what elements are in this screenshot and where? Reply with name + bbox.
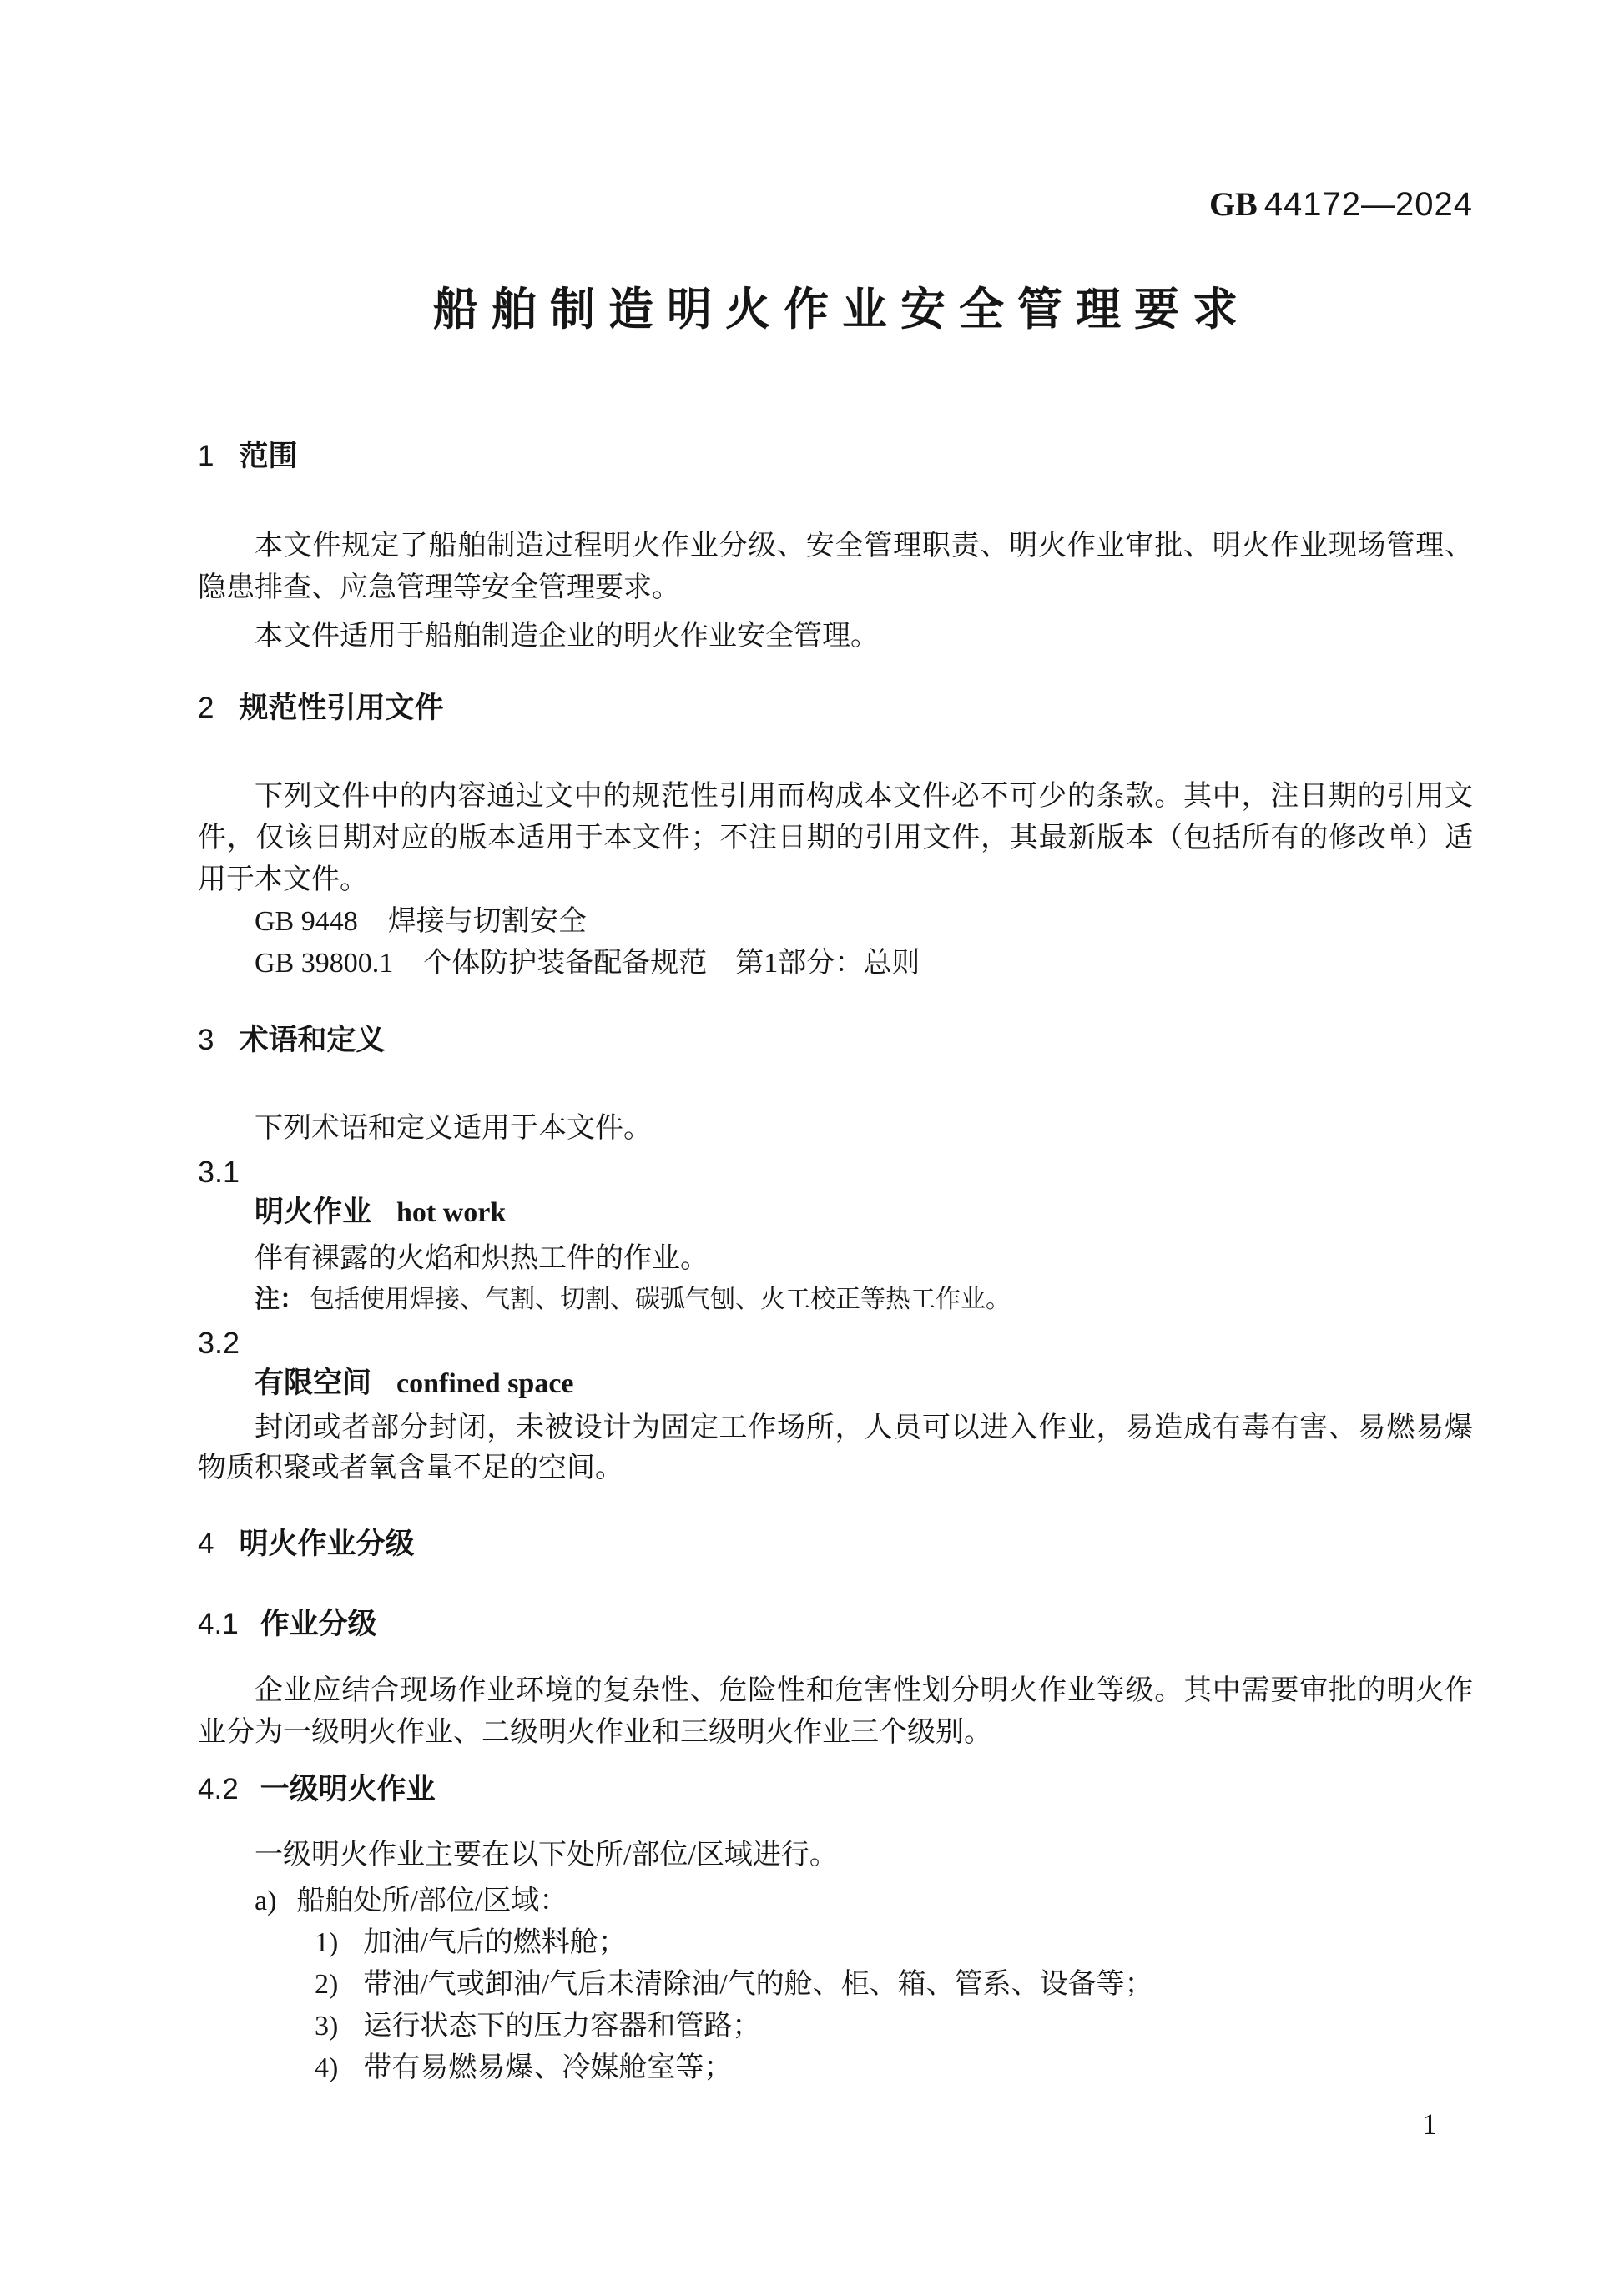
section-4-1-number: 4.1 bbox=[198, 1607, 239, 1642]
section-4-2-heading: 4.2一级明火作业 bbox=[198, 1772, 1473, 1807]
term-3-1-english: hot work bbox=[396, 1197, 506, 1228]
term-3-2-number: 3.2 bbox=[198, 1324, 1473, 1362]
section-1-number: 1 bbox=[198, 439, 214, 474]
term-3-2-name: 有限空间 bbox=[255, 1367, 371, 1399]
reference-1-code: GB 9448 bbox=[255, 906, 358, 937]
section-4-heading: 4明火作业分级 bbox=[198, 1527, 1473, 1562]
list-item-a2: 2)带油/气或卸油/气后未清除油/气的舱、柜、箱、管系、设备等； bbox=[198, 1964, 1473, 2006]
section-4-2-number: 4.2 bbox=[198, 1772, 239, 1807]
list-item-a3: 3)运行状态下的压力容器和管路； bbox=[198, 2006, 1473, 2047]
standard-code: GB44172—2024 bbox=[198, 188, 1473, 221]
section-4-number: 4 bbox=[198, 1527, 214, 1562]
list-item-a1-label: 1) bbox=[315, 1927, 338, 1958]
section-2-title: 规范性引用文件 bbox=[239, 692, 443, 724]
reference-2-code: GB 39800.1 bbox=[255, 948, 393, 979]
term-3-2-english: confined space bbox=[396, 1368, 574, 1399]
section-1-title: 范围 bbox=[239, 440, 297, 472]
list-item-a3-text: 运行状态下的压力容器和管路； bbox=[363, 2011, 760, 2042]
list-item-a1: 1)加油/气后的燃料舱； bbox=[198, 1922, 1473, 1964]
page-content: GB44172—2024 船舶制造明火作业安全管理要求 1范围 本文件规定了船舶… bbox=[198, 0, 1473, 2089]
list-item-a1-text: 加油/气后的燃料舱； bbox=[363, 1927, 626, 1958]
term-3-2-definition: 封闭或者部分封闭，未被设计为固定工作场所，人员可以进入作业，易造成有毒有害、易燃… bbox=[198, 1408, 1473, 1488]
term-3-1-note: 注：包括使用焊接、气割、切割、碳弧气刨、火工校正等热工作业。 bbox=[198, 1281, 1473, 1319]
note-label: 注： bbox=[255, 1286, 305, 1313]
section-3-intro: 下列术语和定义适用于本文件。 bbox=[198, 1108, 1473, 1150]
list-item-a4: 4)带有易燃易爆、冷媒舱室等； bbox=[198, 2047, 1473, 2089]
section-1-paragraph-1: 本文件规定了船舶制造过程明火作业分级、安全管理职责、明火作业审批、明火作业现场管… bbox=[198, 526, 1473, 609]
section-4-1-paragraph: 企业应结合现场作业环境的复杂性、危险性和危害性划分明火作业等级。其中需要审批的明… bbox=[198, 1670, 1473, 1754]
term-3-1-number: 3.1 bbox=[198, 1153, 1473, 1191]
section-2-heading: 2规范性引用文件 bbox=[198, 691, 1473, 726]
section-1-paragraph-2: 本文件适用于船舶制造企业的明火作业安全管理。 bbox=[198, 616, 1473, 657]
section-3-title: 术语和定义 bbox=[239, 1024, 385, 1056]
section-2-number: 2 bbox=[198, 691, 214, 726]
term-3-1-line: 明火作业hot work bbox=[198, 1193, 1473, 1237]
term-3-1-name: 明火作业 bbox=[255, 1196, 371, 1228]
standard-code-number: 44172—2024 bbox=[1264, 186, 1473, 223]
list-item-a: a)船舶处所/部位/区域： bbox=[198, 1881, 1473, 1922]
list-item-a-label: a) bbox=[255, 1886, 276, 1916]
section-3-heading: 3术语和定义 bbox=[198, 1023, 1473, 1058]
normative-reference-2: GB 39800.1个体防护装备配备规范 第1部分：总则 bbox=[198, 943, 1473, 984]
section-2-paragraph-1: 下列文件中的内容通过文中的规范性引用而构成本文件必不可少的条款。其中，注日期的引… bbox=[198, 776, 1473, 901]
page-number: 1 bbox=[1422, 2109, 1437, 2139]
section-4-2-title: 一级明火作业 bbox=[260, 1773, 436, 1805]
reference-1-name: 焊接与切割安全 bbox=[388, 906, 587, 937]
section-3-number: 3 bbox=[198, 1023, 214, 1058]
term-3-1-definition: 伴有裸露的火焰和炽热工件的作业。 bbox=[198, 1239, 1473, 1279]
list-item-a4-text: 带有易燃易爆、冷媒舱室等； bbox=[363, 2052, 732, 2083]
term-3-2-line: 有限空间confined space bbox=[198, 1364, 1473, 1408]
reference-2-name: 个体防护装备配备规范 第1部分：总则 bbox=[423, 948, 920, 979]
list-item-a4-label: 4) bbox=[315, 2052, 338, 2083]
section-1-heading: 1范围 bbox=[198, 439, 1473, 474]
list-item-a3-label: 3) bbox=[315, 2011, 338, 2042]
section-4-1-heading: 4.1作业分级 bbox=[198, 1607, 1473, 1642]
section-4-2-paragraph: 一级明火作业主要在以下处所/部位/区域进行。 bbox=[198, 1835, 1473, 1876]
normative-reference-1: GB 9448焊接与切割安全 bbox=[198, 901, 1473, 943]
note-text: 包括使用焊接、气割、切割、碳弧气刨、火工校正等热工作业。 bbox=[310, 1286, 1011, 1313]
standard-code-prefix: GB bbox=[1209, 185, 1258, 223]
standard-document-page: GB44172—2024 船舶制造明火作业安全管理要求 1范围 本文件规定了船舶… bbox=[0, 0, 1624, 2296]
list-item-a-text: 船舶处所/部位/区域： bbox=[296, 1886, 567, 1916]
list-item-a2-text: 带油/气或卸油/气后未清除油/气的舱、柜、箱、管系、设备等； bbox=[363, 1969, 1152, 2000]
list-item-a2-label: 2) bbox=[315, 1969, 338, 2000]
section-4-1-title: 作业分级 bbox=[260, 1608, 377, 1640]
document-title: 船舶制造明火作业安全管理要求 bbox=[198, 284, 1473, 335]
section-4-title: 明火作业分级 bbox=[239, 1528, 414, 1560]
